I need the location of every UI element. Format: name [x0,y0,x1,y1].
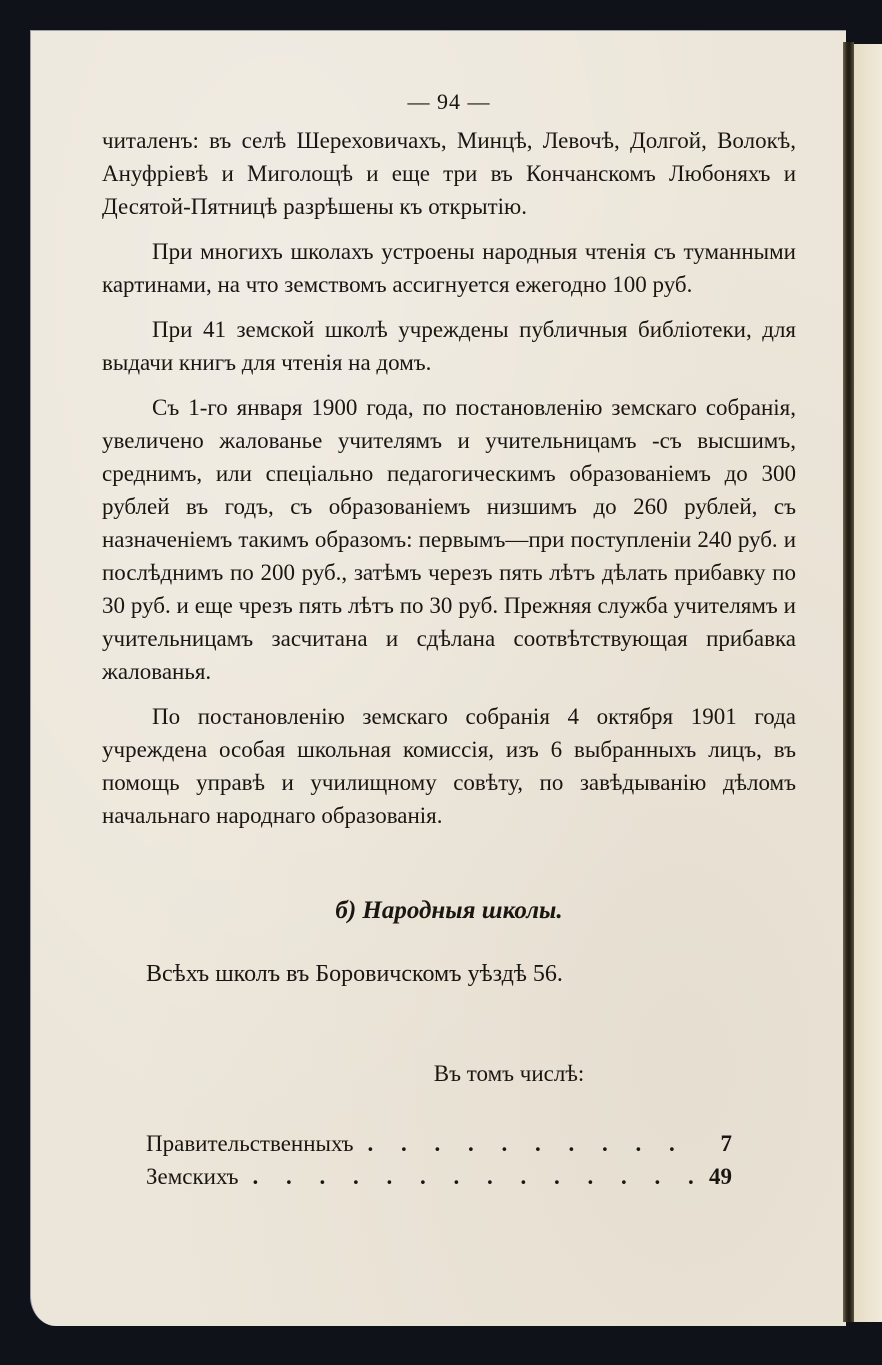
paragraph-teacher-salaries: Съ 1-го января 1900 года, по постановлен… [102,391,796,688]
section-heading: б) Народныя школы. [102,894,796,934]
leader-dots: . . . . . . . . . . . . . . . . . . [354,1127,703,1160]
row-label: Земскихъ [146,1160,239,1193]
leader-dots: . . . . . . . . . . . . . . . . . . . . … [239,1160,703,1193]
paragraph-lantern-readings: При многихъ школахъ устроены народныя чт… [102,235,796,301]
subheading-including: Въ томъ числѣ: [102,1057,796,1090]
next-page-edge [854,44,882,1322]
page-number: — 94 — [102,80,796,124]
row-value: 7 [702,1127,732,1160]
schools-total: Всѣхъ школъ въ Боровичскомъ уѣздѣ 56. [102,958,796,991]
row-value: 49 [702,1160,732,1193]
paragraph-school-commission: По постановленію земскаго собранія 4 окт… [102,700,796,832]
paragraph-libraries: При 41 земской школѣ учреждены публичныя… [102,313,796,379]
schools-breakdown-table: Правительственныхъ . . . . . . . . . . .… [146,1127,732,1193]
table-row: Правительственныхъ . . . . . . . . . . .… [146,1127,732,1160]
row-label: Правительственныхъ [146,1127,354,1160]
paragraph-reading-rooms: читаленъ: въ селѣ Шереховичахъ, Минцѣ, Л… [102,124,796,223]
page-text: — 94 — читаленъ: въ селѣ Шереховичахъ, М… [102,80,796,1193]
book-gutter [843,42,854,1322]
table-row: Земскихъ . . . . . . . . . . . . . . . .… [146,1160,732,1193]
scanned-book-spread: — 94 — читаленъ: въ селѣ Шереховичахъ, М… [0,0,882,1365]
